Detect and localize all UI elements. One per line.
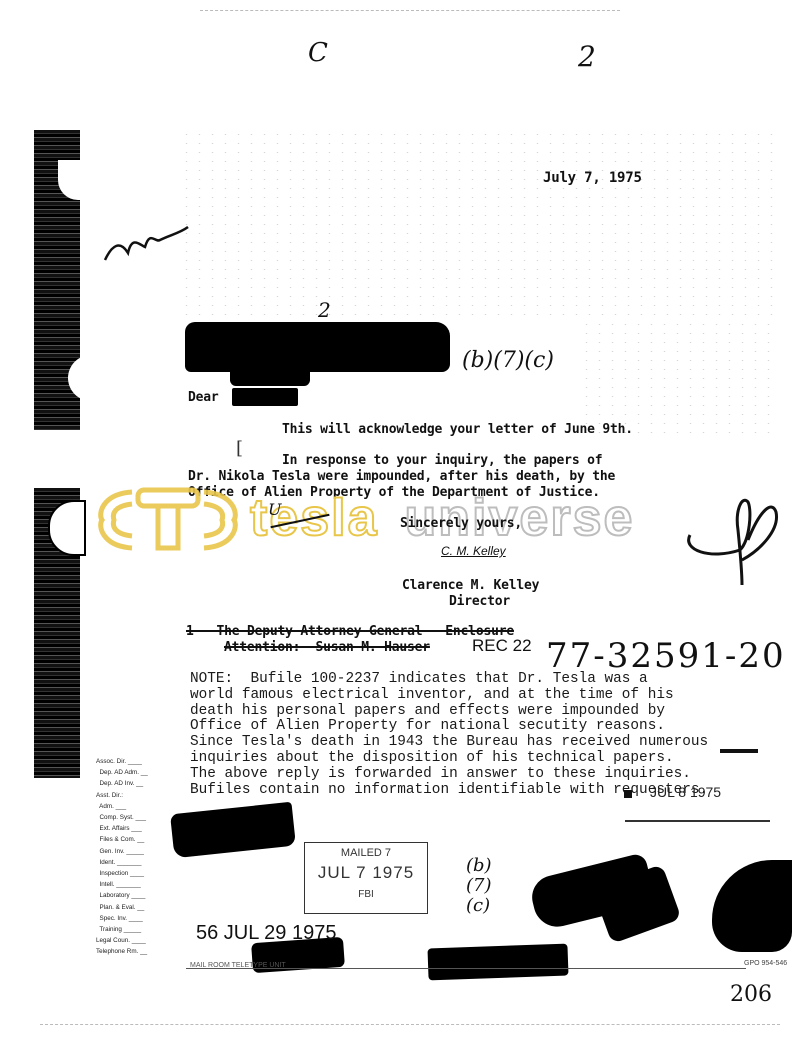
mailed-stamp-line1: MAILED 7 xyxy=(305,847,427,859)
signer-name: Clarence M. Kelley xyxy=(402,578,539,593)
body-line-2: In response to your inquiry, the papers … xyxy=(282,453,602,468)
redacted-block-right xyxy=(712,860,792,952)
scan-noise-top xyxy=(180,130,780,320)
note-block: NOTE: Bufile 100-2237 indicates that Dr.… xyxy=(190,672,708,798)
initials-scribble xyxy=(100,215,190,265)
routing-item: Intell. _______ xyxy=(96,879,148,890)
body-line-1: This will acknowledge your letter of Jun… xyxy=(282,422,633,437)
routing-item: Plan. & Eval. __ xyxy=(96,902,148,913)
note-line-6: inquiries about the disposition of his t… xyxy=(190,751,708,767)
routing-item: Laboratory ____ xyxy=(96,890,148,901)
exemption-mark-b7c: (b)(7)(c) xyxy=(462,348,554,373)
note-line-1: NOTE: Bufile 100-2237 indicates that Dr.… xyxy=(190,672,708,688)
exemption-c: (c) xyxy=(466,896,492,916)
gpo-mark: GPO 954-546 xyxy=(744,960,787,967)
routing-item: Ext. Affairs ___ xyxy=(96,823,148,834)
top-mark-left: C xyxy=(308,38,328,68)
exemption-mark-stacked: (b) (7) (c) xyxy=(466,856,492,916)
redacted-block-bottom-center xyxy=(427,944,568,981)
top-mark-right: 2 xyxy=(578,40,596,73)
routing-item: Dep. AD Adm. __ xyxy=(96,767,148,778)
page-number: 206 xyxy=(730,982,772,1007)
routing-item: Legal Coun. ____ xyxy=(96,935,148,946)
routing-item: Training _____ xyxy=(96,924,148,935)
salutation: Dear xyxy=(188,390,219,405)
routing-list: Assoc. Dir. ____ Dep. AD Adm. __ Dep. AD… xyxy=(96,756,148,958)
date-stamp-right: JUL 8 1975 xyxy=(650,784,721,800)
redacted-block-left xyxy=(170,802,296,859)
note-line-5: Since Tesla's death in 1943 the Bureau h… xyxy=(190,735,708,751)
underline-mark xyxy=(720,749,758,753)
routing-item: Gen. Inv. _____ xyxy=(96,846,148,857)
redacted-addressee-tail xyxy=(230,366,310,386)
note-line-7: The above reply is forwarded in answer t… xyxy=(190,767,708,783)
body-line-3: Dr. Nikola Tesla were impounded, after h… xyxy=(188,469,615,484)
letter-date: July 7, 1975 xyxy=(543,170,642,186)
handwritten-initials-closing: U xyxy=(268,500,281,519)
cc-line-1: 1 - The Deputy Attorney General - Enclos… xyxy=(186,624,514,639)
note-line-4: Office of Alien Property for national se… xyxy=(190,719,708,735)
routing-item: Dep. AD Inv. __ xyxy=(96,778,148,789)
stamp-dot xyxy=(624,790,632,798)
bottom-date-stamp: 56 JUL 29 1975 xyxy=(196,922,336,945)
cc-line-2: Attention: Susan M. Hauser xyxy=(224,640,430,655)
routing-item: Ident. _______ xyxy=(96,857,148,868)
handwritten-bracket: [ xyxy=(236,438,243,459)
bottom-form-line xyxy=(186,968,746,969)
routing-item: Assoc. Dir. ____ xyxy=(96,756,148,767)
closing: Sincerely yours, xyxy=(400,516,522,531)
file-number-handwritten: 77-32591-20 xyxy=(546,636,786,676)
exemption-b: (b) xyxy=(466,856,492,876)
mailed-stamp-line2: JUL 7 1975 xyxy=(305,863,427,883)
routing-item: Spec. Inv. ____ xyxy=(96,913,148,924)
redacted-salutation-name xyxy=(232,388,298,406)
note-line-2: world famous electrical inventor, and at… xyxy=(190,688,708,704)
routing-item: Telephone Rm. __ xyxy=(96,946,148,957)
rec-stamp: REC 22 xyxy=(472,636,532,656)
circle-mark: 2 xyxy=(318,298,331,322)
signature: C. M. Kelley xyxy=(441,544,506,558)
redacted-addressee xyxy=(185,322,450,372)
routing-item: Adm. ___ xyxy=(96,801,148,812)
routing-item: Comp. Syst. ___ xyxy=(96,812,148,823)
note-line-3: death his personal papers and effects we… xyxy=(190,704,708,720)
routing-item: Asst. Dir.: xyxy=(96,790,148,801)
routing-item: Files & Com. __ xyxy=(96,834,148,845)
watermark-logo-icon xyxy=(92,484,244,556)
routing-item: Inspection ____ xyxy=(96,868,148,879)
mailed-stamp-line3: FBI xyxy=(305,889,427,900)
rule-line-right xyxy=(625,820,770,822)
handwritten-loop-mark xyxy=(680,490,790,590)
bottom-border-line xyxy=(40,1024,780,1026)
signer-title: Director xyxy=(449,594,510,609)
exemption-7: (7) xyxy=(466,876,492,896)
mailed-stamp: MAILED 7 JUL 7 1975 FBI xyxy=(304,842,428,914)
top-border-line xyxy=(200,10,620,12)
